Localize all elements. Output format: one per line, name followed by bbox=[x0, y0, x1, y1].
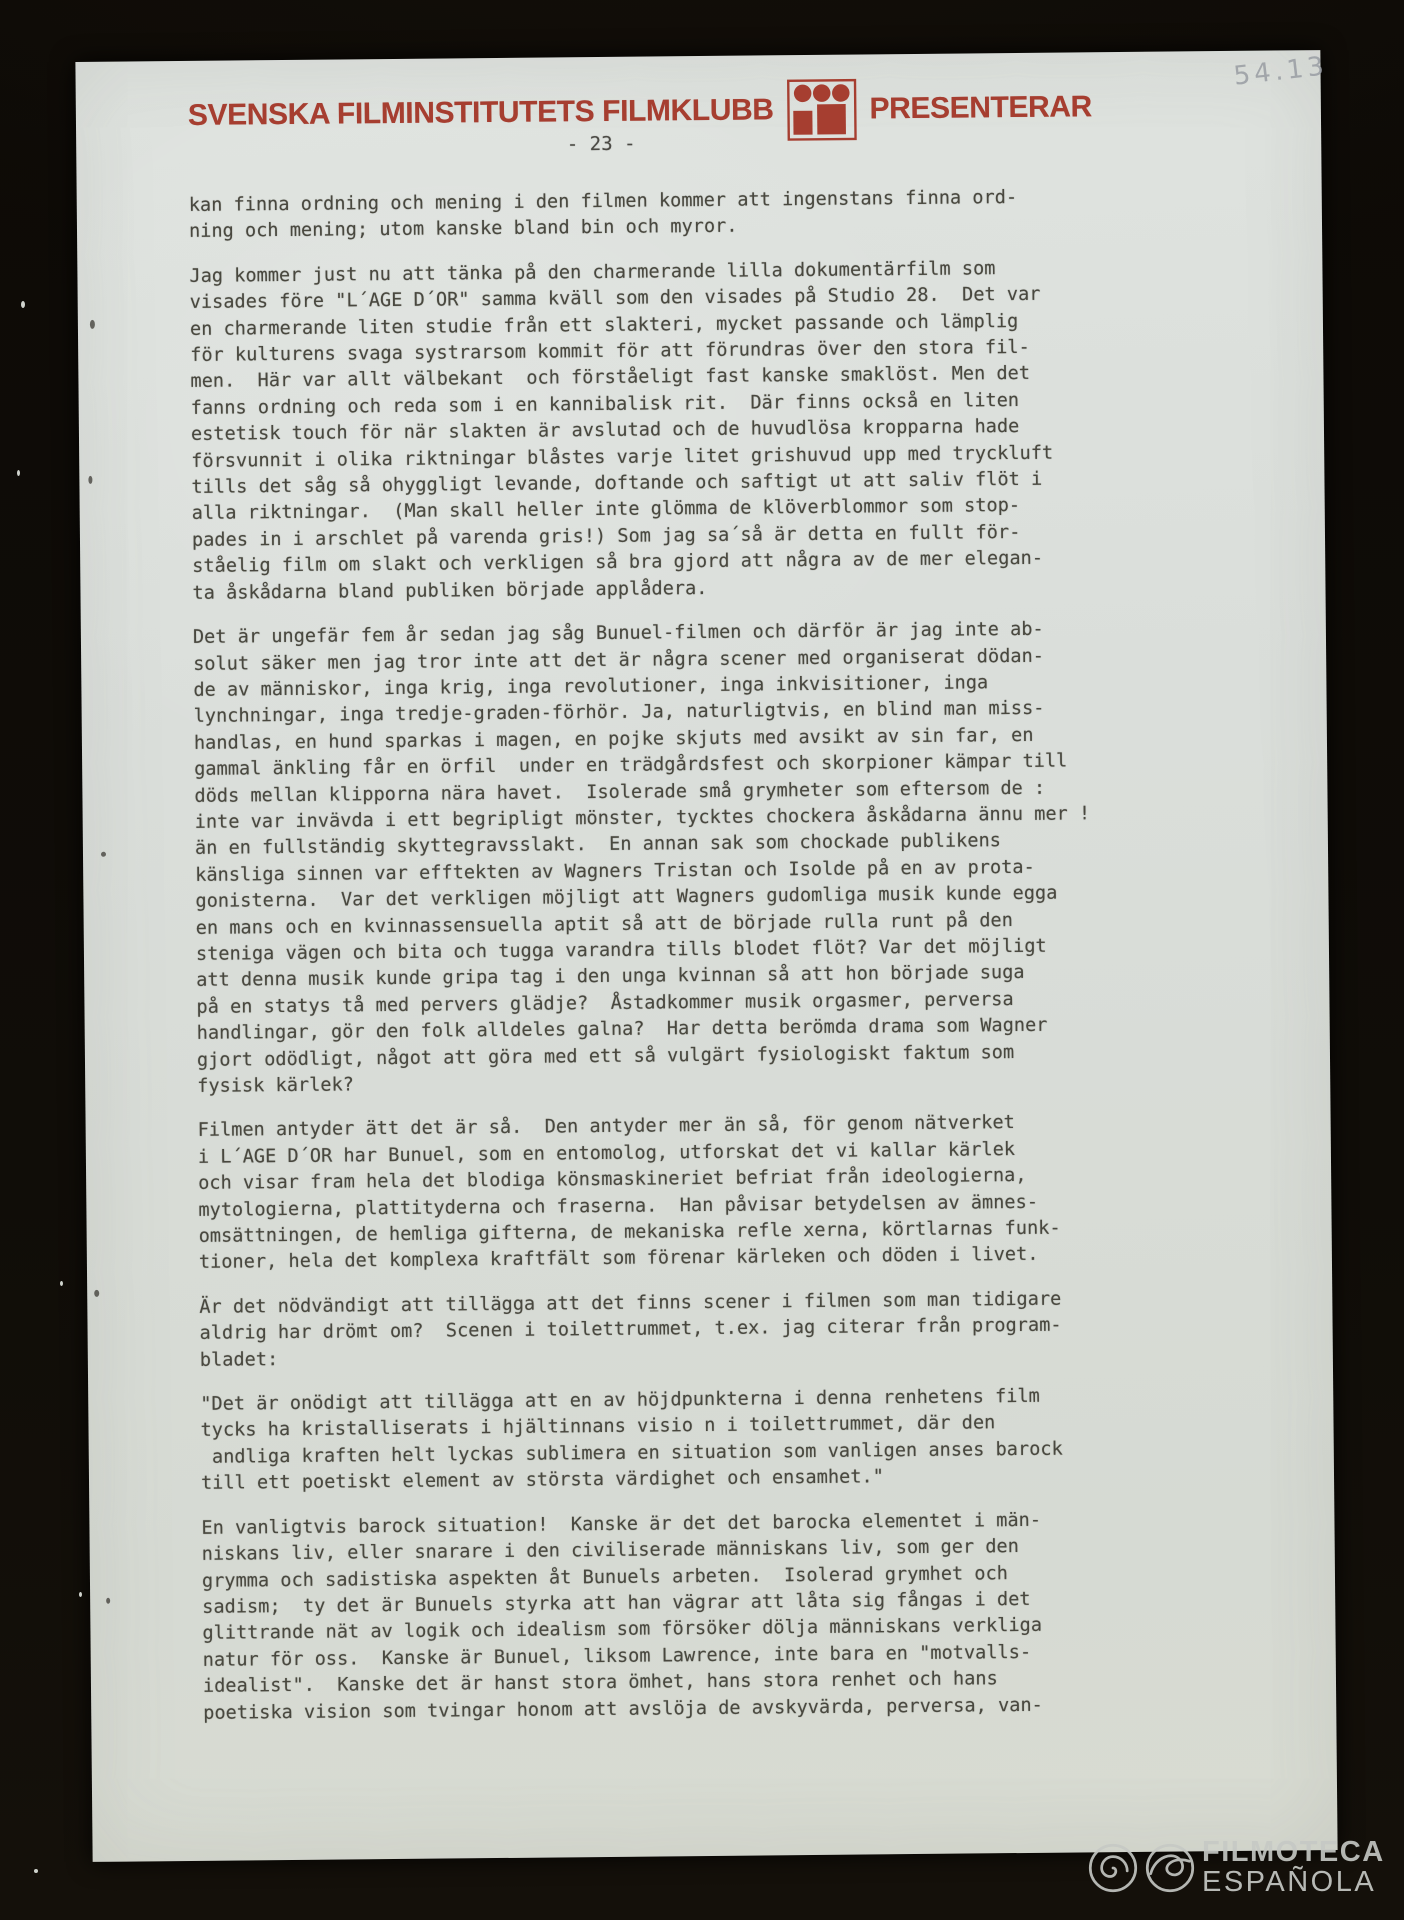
header-presenter: PRESENTERAR bbox=[869, 90, 1092, 126]
dust-speck bbox=[21, 301, 25, 308]
paragraph: Är det nödvändigt att tillägga att det f… bbox=[199, 1286, 1120, 1374]
handwritten-annotation: 54.13 bbox=[1232, 51, 1329, 92]
paragraph: Filmen antyder ätt det är så. Den antyde… bbox=[198, 1109, 1119, 1276]
document-page: SVENSKA FILMINSTITUTETS FILMKLUBB PRESEN… bbox=[75, 50, 1337, 1862]
paragraph: "Det är onödigt att tillägga att en av h… bbox=[200, 1383, 1121, 1497]
sfi-logo-icon bbox=[786, 79, 857, 142]
dust-speck bbox=[60, 1281, 63, 1286]
scan-mark bbox=[106, 1598, 110, 1604]
watermark-line1: FILMOTECA bbox=[1202, 1838, 1385, 1868]
dust-speck bbox=[34, 1869, 38, 1873]
watermark-line2: ESPAÑOLA bbox=[1202, 1868, 1385, 1898]
scan-mark bbox=[88, 476, 92, 484]
paragraph: Jag kommer just nu att tänka på den char… bbox=[189, 255, 1112, 607]
paragraph: Det är ungefär fem år sedan jag såg Bunu… bbox=[193, 616, 1118, 1100]
dust-speck bbox=[79, 1592, 82, 1597]
scan-mark bbox=[90, 320, 95, 329]
reel-logo-icon bbox=[1145, 1843, 1195, 1893]
typewritten-text: kan finna ordning och mening i den filme… bbox=[189, 184, 1124, 1727]
paragraph: kan finna ordning och mening i den filme… bbox=[189, 184, 1109, 246]
spiral-logo-icon bbox=[1088, 1843, 1138, 1893]
header-title: SVENSKA FILMINSTITUTETS FILMKLUBB bbox=[188, 93, 774, 133]
page-number: - 23 - bbox=[516, 132, 686, 156]
scan-mark bbox=[94, 1290, 99, 1297]
scan-mark bbox=[101, 852, 106, 857]
dust-speck bbox=[17, 470, 20, 476]
paragraph: En vanligtvis barock situation! Kanske ä… bbox=[201, 1507, 1123, 1727]
filmoteca-watermark: FILMOTECA ESPAÑOLA bbox=[1088, 1838, 1385, 1897]
